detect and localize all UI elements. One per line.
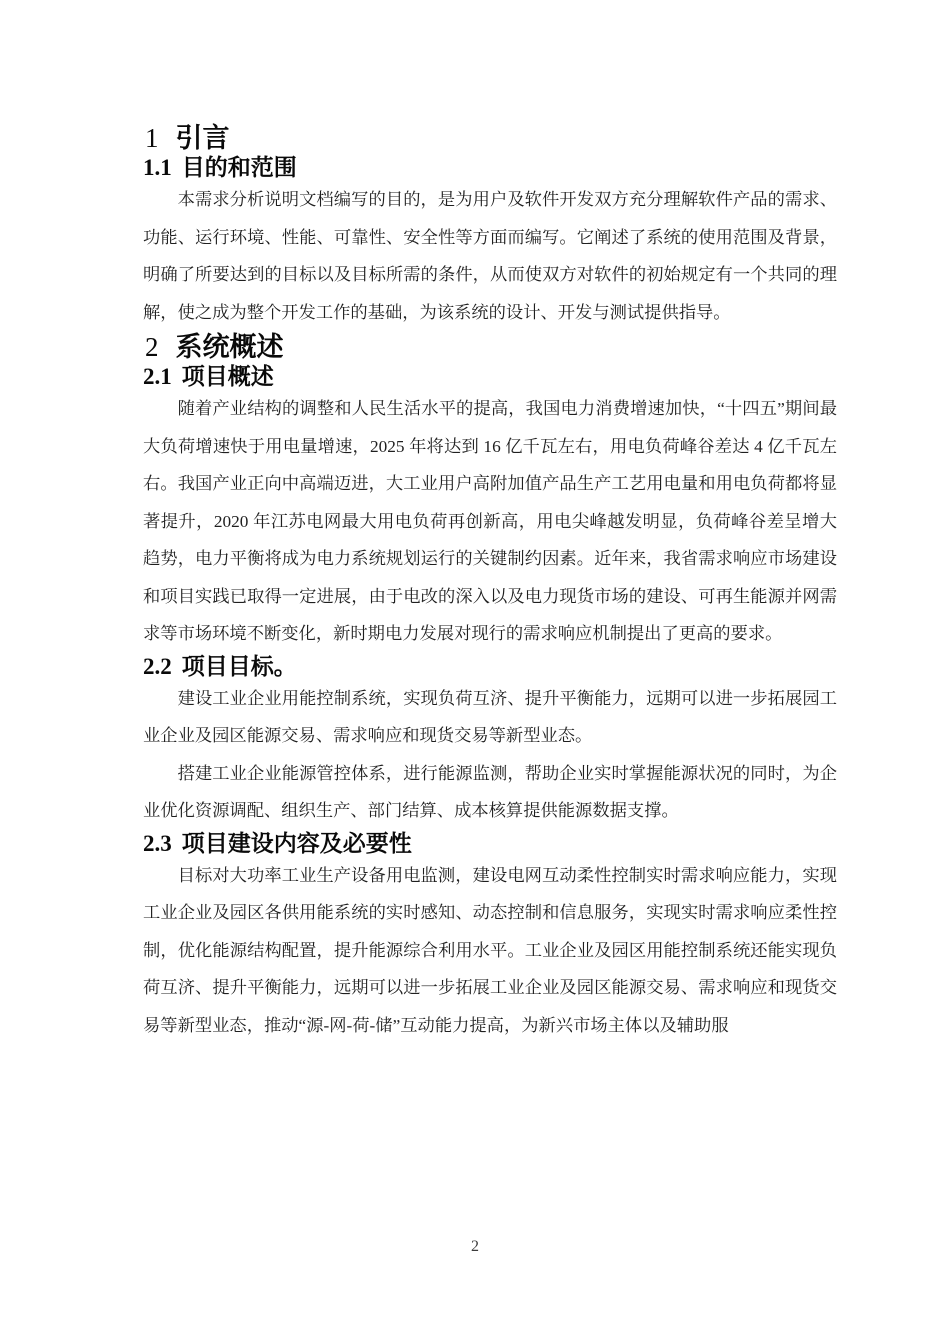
section-2-1-title: 项目概述 [182,363,274,389]
section-2-number: 2 [145,332,159,362]
section-1-1-number: 1.1 [143,155,172,180]
document-page: 1引言 1.1目的和范围 本需求分析说明文档编写的目的，是为用户及软件开发双方充… [0,0,950,1344]
paragraph-construction-and-necessity: 目标对大功率工业生产设备用电监测，建设电网互动柔性控制实时需求响应能力，实现工业… [143,857,837,1045]
section-2-2-number: 2.2 [143,654,172,679]
paragraph-project-overview: 随着产业结构的调整和人民生活水平的提高，我国电力消费增速加快，“十四五”期间最大… [143,390,837,653]
section-2-2-title: 项目目标。 [182,653,297,679]
page-footer: 2 [0,1238,950,1256]
section-2-heading: 2系统概述 [145,331,837,363]
paragraph-project-goal-1: 建设工业企业用能控制系统，实现负荷互济、提升平衡能力，远期可以进一步拓展园工业企… [143,680,837,755]
section-1-1-heading: 1.1目的和范围 [143,154,837,181]
section-1-heading: 1引言 [145,122,837,154]
paragraph-purpose-and-scope: 本需求分析说明文档编写的目的，是为用户及软件开发双方充分理解软件产品的需求、功能… [143,181,837,331]
section-2-title: 系统概述 [176,332,284,362]
section-1-title: 引言 [176,123,230,153]
section-2-3-title: 项目建设内容及必要性 [182,830,412,856]
paragraph-project-goal-2: 搭建工业企业能源管控体系，进行能源监测，帮助企业实时掌握能源状况的同时，为企业优… [143,755,837,830]
page-number: 2 [471,1238,479,1255]
section-1-number: 1 [145,123,159,153]
section-2-1-heading: 2.1项目概述 [143,363,837,390]
section-2-2-heading: 2.2项目目标。 [143,653,837,680]
section-2-3-heading: 2.3项目建设内容及必要性 [143,830,837,857]
section-1-1-title: 目的和范围 [182,154,297,180]
document-body: 1引言 1.1目的和范围 本需求分析说明文档编写的目的，是为用户及软件开发双方充… [143,122,837,1044]
section-2-3-number: 2.3 [143,831,172,856]
section-2-1-number: 2.1 [143,364,172,389]
